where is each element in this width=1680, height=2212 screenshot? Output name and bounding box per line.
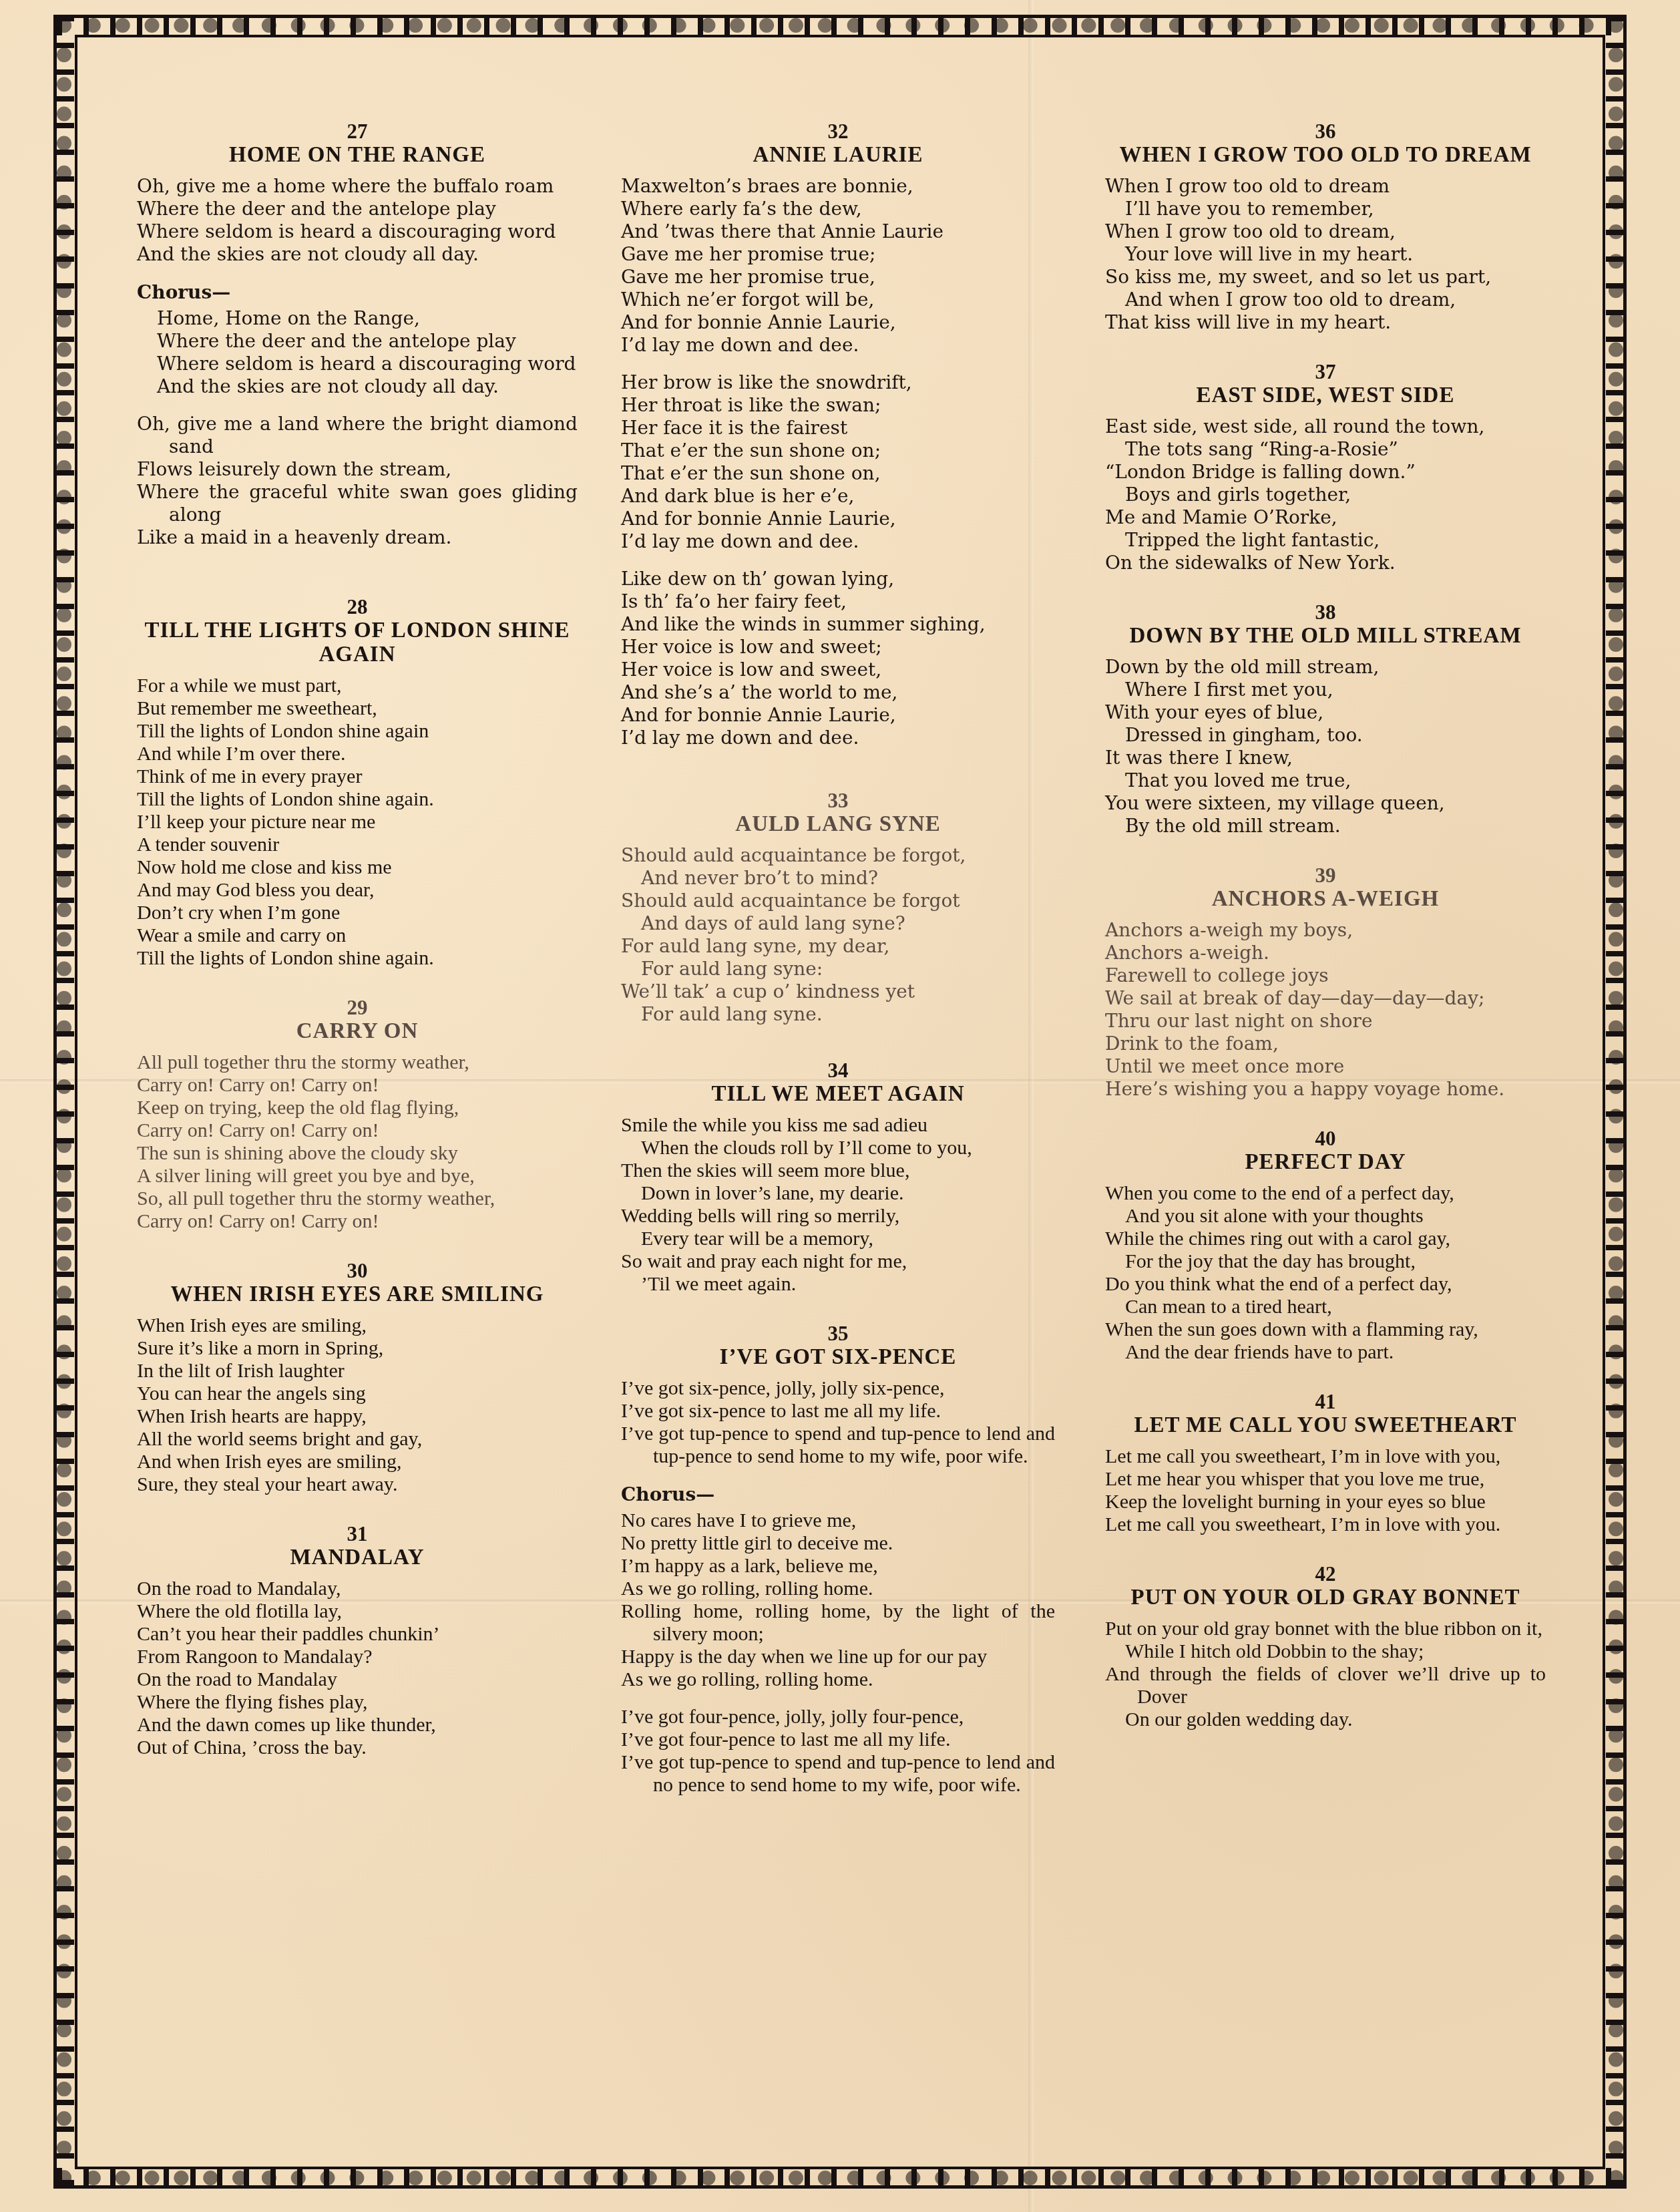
stanza: Anchors a-weigh my boys,Anchors a-weigh.…: [1105, 919, 1546, 1101]
song-title: AULD LANG SYNE: [621, 812, 1055, 836]
song-39: 39ANCHORS A-WEIGHAnchors a-weigh my boys…: [1105, 864, 1546, 1101]
lyric-line: You were sixteen, my village queen,: [1105, 792, 1546, 815]
lyric-line: Which ne’er forgot will be,: [621, 289, 1055, 311]
lyric-line: Until we meet once more: [1105, 1055, 1546, 1078]
song-number: 40: [1105, 1127, 1546, 1150]
stanza: Smile the while you kiss me sad adieuWhe…: [621, 1114, 1055, 1296]
lyric-line: All the world seems bright and gay,: [137, 1428, 578, 1451]
lyric-line: As we go rolling, rolling home.: [621, 1668, 1055, 1691]
lyric-line: Her voice is low and sweet,: [621, 659, 1055, 681]
song-number: 37: [1105, 361, 1546, 383]
lyric-line: As we go rolling, rolling home.: [621, 1578, 1055, 1600]
lyric-line: Her brow is like the snowdrift,: [621, 371, 1055, 394]
lyric-line: I’m happy as a lark, believe me,: [621, 1555, 1055, 1578]
lyric-line: For auld lang syne.: [621, 1003, 1055, 1026]
lyric-line: Where the deer and the antelope play: [137, 330, 578, 353]
song-27: 27HOME ON THE RANGEOh, give me a home wh…: [137, 120, 578, 549]
lyric-line: Oh, give me a home where the buffalo roa…: [137, 175, 578, 198]
lyric-line: Like dew on th’ gowan lying,: [621, 568, 1055, 590]
lyric-line: Thru our last night on shore: [1105, 1010, 1546, 1033]
lyric-line: When you come to the end of a perfect da…: [1105, 1182, 1546, 1205]
lyric-line: Where the flying fishes play,: [137, 1691, 578, 1714]
lyric-line: And the dawn comes up like thunder,: [137, 1714, 578, 1736]
stanza: Down by the old mill stream,Where I firs…: [1105, 656, 1546, 838]
song-title: EAST SIDE, WEST SIDE: [1105, 383, 1546, 407]
song-title: I’VE GOT SIX-PENCE: [621, 1345, 1055, 1369]
lyric-line: I’ve got six-pence, jolly, jolly six-pen…: [621, 1377, 1055, 1400]
lyric-line: You can hear the angels sing: [137, 1382, 578, 1405]
lyric-line: And while I’m over there.: [137, 743, 578, 765]
column-middle: 32ANNIE LAURIEMaxwelton’s braes are bonn…: [621, 100, 1055, 1823]
song-34: 34TILL WE MEET AGAINSmile the while you …: [621, 1059, 1055, 1296]
lyric-line: Carry on! Carry on! Carry on!: [137, 1119, 578, 1142]
song-title: WHEN I GROW TOO OLD TO DREAM: [1105, 143, 1546, 167]
lyric-line: Where seldom is heard a discouraging wor…: [137, 220, 578, 243]
song-number: 38: [1105, 601, 1546, 624]
lyric-line: So, all pull together thru the stormy we…: [137, 1187, 578, 1210]
lyric-line: Is th’ fa’o her fairy feet,: [621, 590, 1055, 613]
song-number: 34: [621, 1059, 1055, 1082]
lyric-line: Put on your old gray bonnet with the blu…: [1105, 1618, 1546, 1640]
song-title: ANNIE LAURIE: [621, 143, 1055, 167]
lyric-line: All pull together thru the stormy weathe…: [137, 1051, 578, 1074]
lyric-line: Happy is the day when we line up for our…: [621, 1646, 1055, 1668]
song-title: CARRY ON: [137, 1019, 578, 1043]
stanza: I’ve got four-pence, jolly, jolly four-p…: [621, 1706, 1055, 1797]
stanza: Like dew on th’ gowan lying,Is th’ fa’o …: [621, 568, 1055, 749]
lyric-line: Let me hear you whisper that you love me…: [1105, 1468, 1546, 1491]
song-number: 28: [137, 596, 578, 618]
lyric-line: And may God bless you dear,: [137, 879, 578, 902]
lyric-line: But remember me sweetheart,: [137, 697, 578, 720]
lyric-line: ’Til we meet again.: [621, 1273, 1055, 1296]
song-31: 31MANDALAYOn the road to Mandalay,Where …: [137, 1523, 578, 1759]
song-number: 32: [621, 120, 1055, 143]
song-40: 40PERFECT DAYWhen you come to the end of…: [1105, 1127, 1546, 1364]
lyric-line: And never bro’t to mind?: [621, 867, 1055, 890]
song-number: 42: [1105, 1563, 1546, 1586]
lyric-line: Her throat is like the swan;: [621, 394, 1055, 417]
lyric-line: Wedding bells will ring so merrily,: [621, 1205, 1055, 1228]
lyric-line: Wear a smile and carry on: [137, 924, 578, 947]
lyric-line: Then the skies will seem more blue,: [621, 1159, 1055, 1182]
lyric-line: I’ll have you to remember,: [1105, 198, 1546, 220]
lyric-line: Keep the lovelight burning in your eyes …: [1105, 1491, 1546, 1513]
lyric-line: Me and Mamie O’Rorke,: [1105, 506, 1546, 529]
lyric-line: Sure, they steal your heart away.: [137, 1473, 578, 1496]
lyric-line: While I hitch old Dobbin to the shay;: [1105, 1640, 1546, 1663]
song-32: 32ANNIE LAURIEMaxwelton’s braes are bonn…: [621, 120, 1055, 749]
lyric-line: That you loved me true,: [1105, 769, 1546, 792]
lyric-line: And for bonnie Annie Laurie,: [621, 508, 1055, 530]
lyric-line: Smile the while you kiss me sad adieu: [621, 1114, 1055, 1137]
lyric-line: With your eyes of blue,: [1105, 701, 1546, 724]
lyric-line: Where the deer and the antelope play: [137, 198, 578, 220]
song-title: TILL WE MEET AGAIN: [621, 1082, 1055, 1106]
song-37: 37EAST SIDE, WEST SIDEEast side, west si…: [1105, 361, 1546, 574]
song-number: 33: [621, 789, 1055, 812]
lyric-line: We’ll tak’ a cup o’ kindness yet: [621, 980, 1055, 1003]
lyric-line: Keep on trying, keep the old flag flying…: [137, 1097, 578, 1119]
song-title: MANDALAY: [137, 1545, 578, 1570]
lyric-line: We sail at break of day—day—day—day;: [1105, 987, 1546, 1010]
song-title: PERFECT DAY: [1105, 1150, 1546, 1174]
song-title: DOWN BY THE OLD MILL STREAM: [1105, 624, 1546, 648]
lyric-line: Oh, give me a land where the bright diam…: [137, 413, 578, 458]
lyric-line: Till the lights of London shine again: [137, 720, 578, 743]
song-30: 30WHEN IRISH EYES ARE SMILINGWhen Irish …: [137, 1260, 578, 1496]
lyric-line: I’ve got four-pence to last me all my li…: [621, 1728, 1055, 1751]
stanza: All pull together thru the stormy weathe…: [137, 1051, 578, 1233]
lyric-line: I’ve got four-pence, jolly, jolly four-p…: [621, 1706, 1055, 1728]
lyric-line: Till the lights of London shine again.: [137, 788, 578, 811]
stanza: When Irish eyes are smiling,Sure it’s li…: [137, 1314, 578, 1496]
lyric-line: When the sun goes down with a flamming r…: [1105, 1318, 1546, 1341]
lyric-line: When Irish hearts are happy,: [137, 1405, 578, 1428]
lyric-line: Where early fa’s the dew,: [621, 198, 1055, 220]
lyric-line: Where the old flotilla lay,: [137, 1600, 578, 1623]
lyric-line: Where I first met you,: [1105, 679, 1546, 701]
lyric-line: I’d lay me down and dee.: [621, 334, 1055, 357]
lyric-line: A silver lining will greet you bye and b…: [137, 1165, 578, 1187]
song-title: LET ME CALL YOU SWEETHEART: [1105, 1413, 1546, 1437]
column-left: 27HOME ON THE RANGEOh, give me a home wh…: [137, 100, 578, 1786]
lyric-line: Home, Home on the Range,: [137, 307, 578, 330]
stanza: Her brow is like the snowdrift,Her throa…: [621, 371, 1055, 553]
stanza: Should auld acquaintance be forgot,And n…: [621, 844, 1055, 1026]
lyric-line: That e’er the sun shone on,: [621, 462, 1055, 485]
lyric-line: I’ve got tup-pence to spend and tup-penc…: [621, 1423, 1055, 1468]
lyric-line: Now hold me close and kiss me: [137, 856, 578, 879]
song-35: 35I’VE GOT SIX-PENCEI’ve got six-pence, …: [621, 1322, 1055, 1797]
lyric-line: I’d lay me down and dee.: [621, 727, 1055, 749]
lyric-line: Out of China, ’cross the bay.: [137, 1736, 578, 1759]
lyric-line: The sun is shining above the cloudy sky: [137, 1142, 578, 1165]
lyric-line: And dark blue is her e’e,: [621, 485, 1055, 508]
lyric-line: Can mean to a tired heart,: [1105, 1296, 1546, 1318]
lyric-line: Gave me her promise true;: [621, 243, 1055, 266]
lyric-line: So kiss me, my sweet, and so let us part…: [1105, 266, 1546, 289]
lyric-line: Do you think what the end of a perfect d…: [1105, 1273, 1546, 1296]
song-number: 29: [137, 996, 578, 1019]
lyric-line: And when Irish eyes are smiling,: [137, 1451, 578, 1473]
lyric-line: That e’er the sun shone on;: [621, 439, 1055, 462]
lyric-line: By the old mill stream.: [1105, 815, 1546, 838]
song-title: PUT ON YOUR OLD GRAY BONNET: [1105, 1586, 1546, 1610]
lyric-line: On the sidewalks of New York.: [1105, 552, 1546, 574]
stanza: Chorus—No cares have I to grieve me,No p…: [621, 1483, 1055, 1691]
lyric-line: And the skies are not cloudy all day.: [137, 375, 578, 398]
chorus-label: Chorus—: [621, 1483, 1055, 1507]
lyric-line: Carry on! Carry on! Carry on!: [137, 1210, 578, 1233]
lyric-line: “London Bridge is falling down.”: [1105, 461, 1546, 484]
lyric-line: That kiss will live in my heart.: [1105, 311, 1546, 334]
song-title: HOME ON THE RANGE: [137, 143, 578, 167]
lyric-line: And like the winds in summer sighing,: [621, 613, 1055, 636]
lyric-line: Think of me in every prayer: [137, 765, 578, 788]
lyric-line: Rolling home, rolling home, by the light…: [621, 1600, 1055, 1646]
lyric-line: I’d lay me down and dee.: [621, 530, 1055, 553]
lyric-line: Her face it is the fairest: [621, 417, 1055, 439]
lyric-line: For the joy that the day has brought,: [1105, 1250, 1546, 1273]
lyric-line: Flows leisurely down the stream,: [137, 458, 578, 481]
song-number: 35: [621, 1322, 1055, 1345]
lyric-line: Where the graceful white swan goes glidi…: [137, 481, 578, 526]
stanza: Chorus—Home, Home on the Range,Where the…: [137, 281, 578, 398]
lyric-line: When the clouds roll by I’ll come to you…: [621, 1137, 1055, 1159]
lyric-line: And days of auld lang syne?: [621, 912, 1055, 935]
lyric-line: Boys and girls together,: [1105, 484, 1546, 506]
song-title: ANCHORS A-WEIGH: [1105, 887, 1546, 911]
lyric-line: No pretty little girl to deceive me.: [621, 1532, 1055, 1555]
lyric-line: Should auld acquaintance be forgot,: [621, 844, 1055, 867]
song-number: 31: [137, 1523, 578, 1545]
lyric-line: On the road to Mandalay,: [137, 1578, 578, 1600]
lyric-line: I’ll keep your picture near me: [137, 811, 578, 834]
lyric-line: And when I grow too old to dream,: [1105, 289, 1546, 311]
lyric-line: And for bonnie Annie Laurie,: [621, 311, 1055, 334]
lyric-line: Anchors a-weigh.: [1105, 942, 1546, 964]
song-38: 38DOWN BY THE OLD MILL STREAMDown by the…: [1105, 601, 1546, 838]
stanza: Put on your old gray bonnet with the blu…: [1105, 1618, 1546, 1731]
lyric-line: For auld lang syne, my dear,: [621, 935, 1055, 958]
song-33: 33AULD LANG SYNEShould auld acquaintance…: [621, 789, 1055, 1026]
lyric-line: And through the fields of clover we’ll d…: [1105, 1663, 1546, 1708]
lyric-line: And ’twas there that Annie Laurie: [621, 220, 1055, 243]
lyric-line: Maxwelton’s braes are bonnie,: [621, 175, 1055, 198]
lyric-line: Like a maid in a heavenly dream.: [137, 526, 578, 549]
lyric-line: On the road to Mandalay: [137, 1668, 578, 1691]
lyric-line: Can’t you hear their paddles chunkin’: [137, 1623, 578, 1646]
stanza: Let me call you sweetheart, I’m in love …: [1105, 1445, 1546, 1536]
lyric-line: And for bonnie Annie Laurie,: [621, 704, 1055, 727]
lyric-line: Let me call you sweetheart, I’m in love …: [1105, 1445, 1546, 1468]
song-number: 41: [1105, 1391, 1546, 1413]
song-title: WHEN IRISH EYES ARE SMILING: [137, 1282, 578, 1306]
stanza: When you come to the end of a perfect da…: [1105, 1182, 1546, 1364]
lyric-line: When Irish eyes are smiling,: [137, 1314, 578, 1337]
lyric-line: Down in lover’s lane, my dearie.: [621, 1182, 1055, 1205]
stanza: Oh, give me a home where the buffalo roa…: [137, 175, 578, 266]
lyric-line: Don’t cry when I’m gone: [137, 902, 578, 924]
chorus-label: Chorus—: [137, 281, 578, 305]
lyric-line: It was there I knew,: [1105, 747, 1546, 769]
song-36: 36WHEN I GROW TOO OLD TO DREAMWhen I gro…: [1105, 120, 1546, 334]
lyric-line: When I grow too old to dream,: [1105, 220, 1546, 243]
lyric-line: I’ve got six-pence to last me all my lif…: [621, 1400, 1055, 1423]
lyric-line: Here’s wishing you a happy voyage home.: [1105, 1078, 1546, 1101]
lyric-line: Her voice is low and sweet;: [621, 636, 1055, 659]
lyric-line: Dressed in gingham, too.: [1105, 724, 1546, 747]
lyric-line: In the lilt of Irish laughter: [137, 1360, 578, 1382]
lyric-line: Drink to the foam,: [1105, 1033, 1546, 1055]
lyric-line: When I grow too old to dream: [1105, 175, 1546, 198]
song-number: 36: [1105, 120, 1546, 143]
song-41: 41LET ME CALL YOU SWEETHEARTLet me call …: [1105, 1391, 1546, 1536]
lyric-line: For a while we must part,: [137, 675, 578, 697]
lyric-line: So wait and pray each night for me,: [621, 1250, 1055, 1273]
lyric-line: I’ve got tup-pence to spend and tup-penc…: [621, 1751, 1055, 1797]
lyric-line: Should auld acquaintance be forgot: [621, 890, 1055, 912]
lyric-line: Gave me her promise true,: [621, 266, 1055, 289]
lyric-line: Sure it’s like a morn in Spring,: [137, 1337, 578, 1360]
song-29: 29CARRY ONAll pull together thru the sto…: [137, 996, 578, 1233]
song-42: 42PUT ON YOUR OLD GRAY BONNETPut on your…: [1105, 1563, 1546, 1731]
lyric-line: Your love will live in my heart.: [1105, 243, 1546, 266]
song-number: 39: [1105, 864, 1546, 887]
lyric-line: From Rangoon to Mandalay?: [137, 1646, 578, 1668]
lyric-line: The tots sang “Ring-a-Rosie”: [1105, 438, 1546, 461]
lyric-line: Farewell to college joys: [1105, 964, 1546, 987]
lyric-line: A tender souvenir: [137, 834, 578, 856]
lyric-line: While the chimes ring out with a carol g…: [1105, 1228, 1546, 1250]
lyric-line: East side, west side, all round the town…: [1105, 415, 1546, 438]
song-28: 28TILL THE LIGHTS OF LONDON SHINE AGAINF…: [137, 596, 578, 970]
lyric-line: Till the lights of London shine again.: [137, 947, 578, 970]
stanza: On the road to Mandalay,Where the old fl…: [137, 1578, 578, 1759]
lyric-line: Down by the old mill stream,: [1105, 656, 1546, 679]
stanza: East side, west side, all round the town…: [1105, 415, 1546, 574]
stanza: Maxwelton’s braes are bonnie,Where early…: [621, 175, 1055, 357]
lyric-line: On our golden wedding day.: [1105, 1708, 1546, 1731]
column-right: 36WHEN I GROW TOO OLD TO DREAMWhen I gro…: [1105, 100, 1546, 1758]
stanza: For a while we must part,But remember me…: [137, 675, 578, 970]
stanza: Oh, give me a land where the bright diam…: [137, 413, 578, 549]
lyric-line: Carry on! Carry on! Carry on!: [137, 1074, 578, 1097]
lyric-line: Tripped the light fantastic,: [1105, 529, 1546, 552]
lyric-line: No cares have I to grieve me,: [621, 1509, 1055, 1532]
lyric-line: Anchors a-weigh my boys,: [1105, 919, 1546, 942]
song-number: 30: [137, 1260, 578, 1282]
lyric-line: Let me call you sweetheart, I’m in love …: [1105, 1513, 1546, 1536]
lyric-line: And she’s a’ the world to me,: [621, 681, 1055, 704]
stanza: I’ve got six-pence, jolly, jolly six-pen…: [621, 1377, 1055, 1468]
lyric-line: For auld lang syne:: [621, 958, 1055, 980]
stanza: When I grow too old to dreamI’ll have yo…: [1105, 175, 1546, 334]
lyric-line: And the dear friends have to part.: [1105, 1341, 1546, 1364]
lyric-line: And the skies are not cloudy all day.: [137, 243, 578, 266]
lyric-line: And you sit alone with your thoughts: [1105, 1205, 1546, 1228]
song-title: TILL THE LIGHTS OF LONDON SHINE AGAIN: [137, 618, 578, 667]
lyric-line: Every tear will be a memory,: [621, 1228, 1055, 1250]
lyric-line: Where seldom is heard a discouraging wor…: [137, 353, 578, 375]
song-number: 27: [137, 120, 578, 143]
